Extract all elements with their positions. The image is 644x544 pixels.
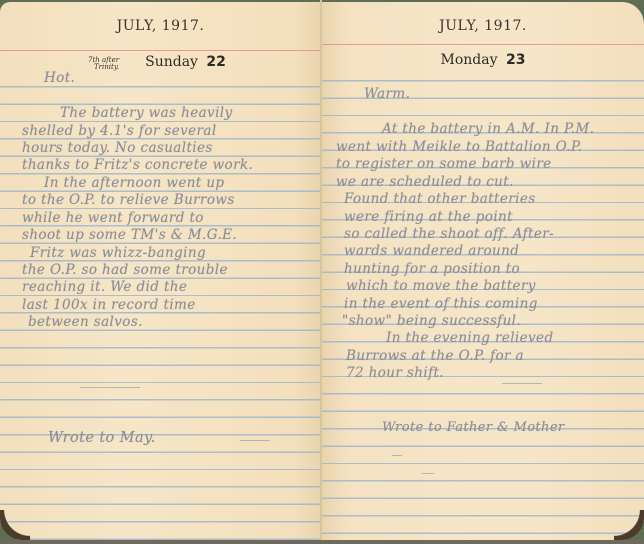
closing-note-left: Wrote to May. (48, 430, 156, 446)
entry-line: last 100x in record time (22, 297, 196, 313)
pencil-dash (392, 455, 402, 456)
entry-line: to register on some barb wire (336, 156, 552, 172)
entry-line: hours today. No casualties (22, 140, 213, 156)
entry-line: hunting for a position to (344, 261, 520, 277)
entry-line: reaching it. We did the (22, 279, 187, 295)
page-corner-curl (0, 510, 30, 540)
entry-line: which to move the battery (346, 278, 536, 294)
day-name: Sunday (145, 54, 198, 70)
entry-line: so called the shoot off. After- (344, 226, 554, 242)
day-number: 22 (206, 54, 225, 70)
page-corner-curl (614, 510, 644, 540)
entry-line: Burrows at the O.P. for a (346, 348, 524, 364)
entry-line: were firing at the point (344, 209, 513, 225)
red-rule-left (0, 50, 321, 51)
pencil-dash (502, 383, 542, 384)
entry-line: we are scheduled to cut. (336, 174, 514, 190)
month-header-right: JULY, 1917. (322, 18, 644, 34)
pencil-dash (80, 387, 140, 388)
entry-line: wards wandered around (344, 243, 519, 259)
entry-line: "show" being successful. (342, 313, 521, 329)
closing-note-right: Wrote to Father & Mother (382, 420, 565, 435)
day-heading-left: Sunday 22 (0, 54, 321, 70)
red-rule-right (322, 44, 644, 45)
entry-line: Fritz was whizz-banging (30, 245, 206, 261)
month-header-left: JULY, 1917. (0, 18, 321, 34)
entry-line: thanks to Fritz's concrete work. (22, 157, 253, 173)
entry-line: Found that other batteries (344, 191, 536, 207)
entry-line: to the O.P. to relieve Burrows (22, 192, 235, 208)
right-page: JULY, 1917. Monday 23 Warm. At the batte… (322, 2, 644, 540)
entry-line: between salvos. (28, 314, 143, 330)
entry-line: The battery was heavily (60, 105, 233, 121)
diary-spread: JULY, 1917. 7th after Trinity. Sunday 22… (0, 0, 644, 544)
left-page: JULY, 1917. 7th after Trinity. Sunday 22… (0, 2, 321, 540)
entry-line: Warm. (364, 86, 410, 102)
entry-line: went with Meikle to Battalion O.P. (336, 139, 582, 155)
entry-line: shoot up some TM's & M.G.E. (22, 227, 237, 243)
entry-line: In the evening relieved (386, 330, 554, 346)
entry-line: Hot. (44, 70, 75, 86)
entry-line: in the event of this coming (344, 296, 538, 312)
entry-line: shelled by 4.1's for several (22, 123, 217, 139)
book-bottom-edge (0, 540, 644, 544)
pencil-dash (240, 440, 270, 441)
entry-line: while he went forward to (22, 210, 204, 226)
entry-line: 72 hour shift. (346, 365, 444, 381)
entry-line: the O.P. so had some trouble (22, 262, 228, 278)
pencil-dash (422, 473, 434, 474)
entry-line: In the afternoon went up (44, 175, 224, 191)
entry-line: At the battery in A.M. In P.M. (382, 121, 594, 137)
